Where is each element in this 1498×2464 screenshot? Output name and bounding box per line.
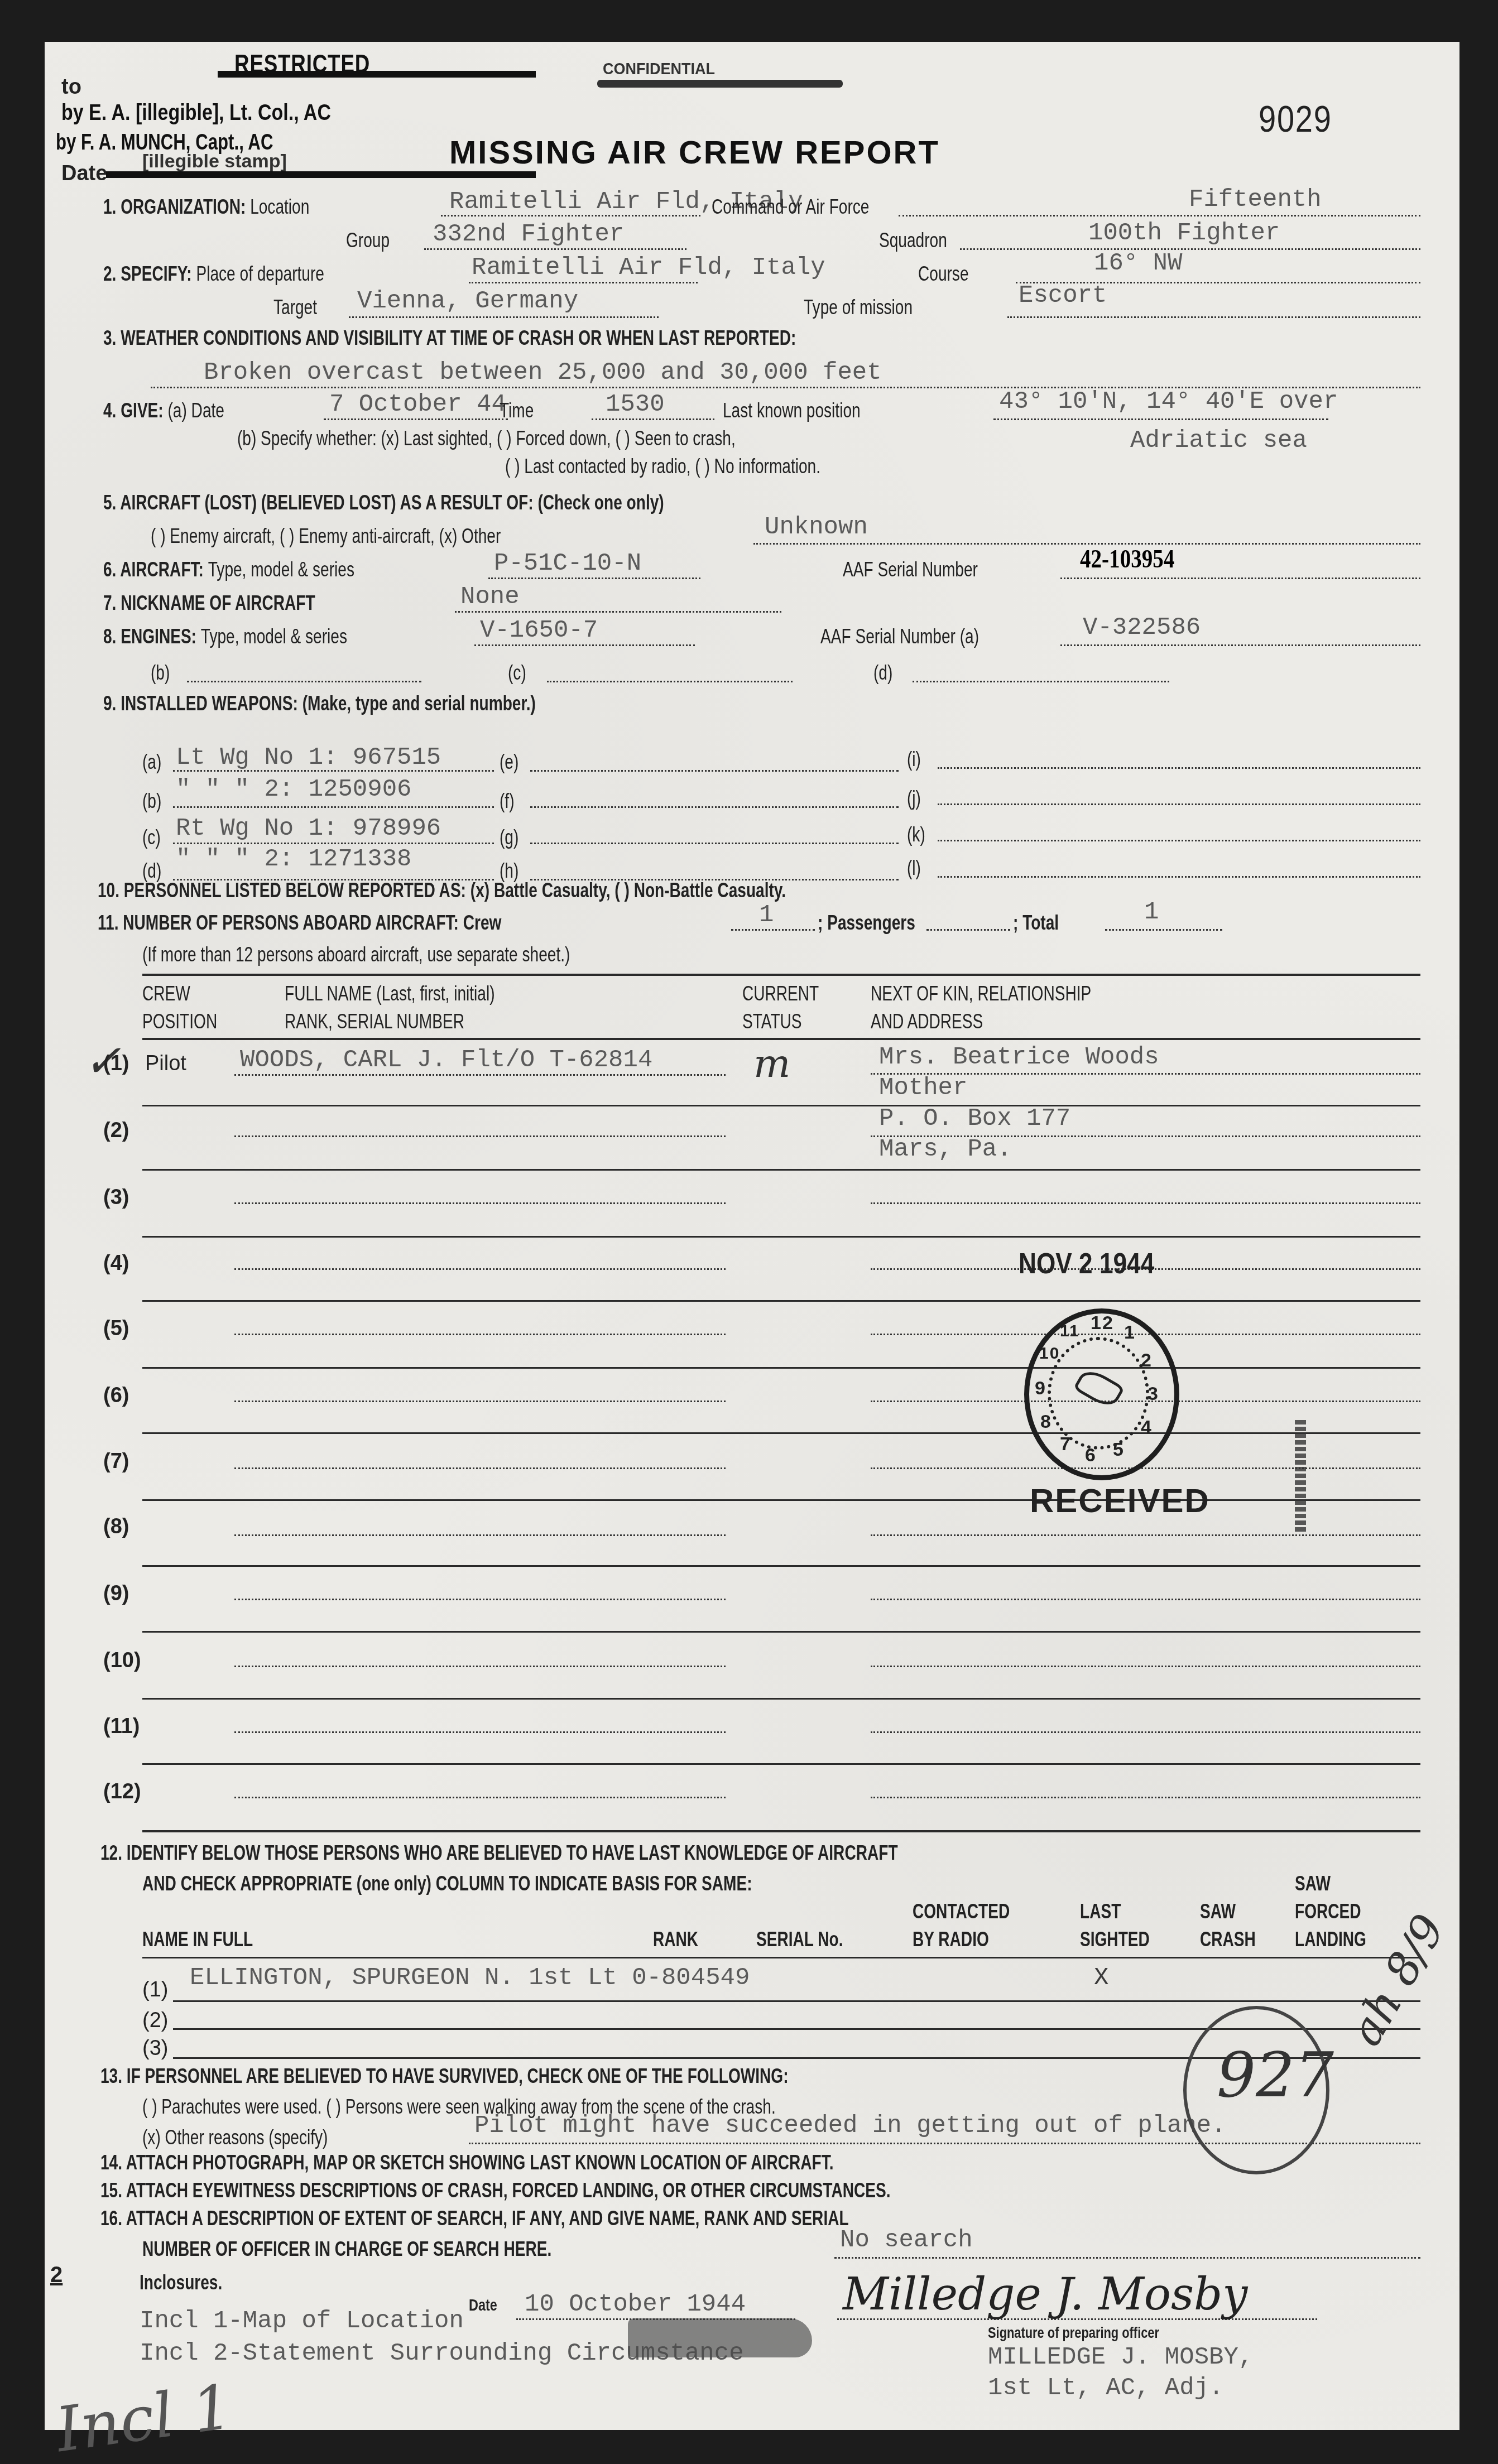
location-line (441, 215, 700, 216)
strike-line (218, 71, 536, 78)
inclosures-count: 2 (50, 2263, 63, 2288)
crew-row-rule (142, 1499, 1420, 1501)
weapon-line-f (530, 806, 899, 808)
witness-last-sighted-mark: X (1094, 1964, 1108, 1992)
weather-value: Broken overcast between 25,000 and 30,00… (204, 359, 882, 387)
specify-label: (b) Specify whether: (x) Last sighted, (… (237, 427, 736, 450)
s8-label: 8. ENGINES: Type, model & series (103, 625, 347, 648)
received-date-stamp: NOV 2 1944 (1019, 1247, 1154, 1281)
group-value: 332nd Fighter (433, 220, 624, 248)
kin-line-4: Mars, Pa. (879, 1135, 1012, 1163)
crew-name-line (234, 1135, 726, 1137)
kin-line-1: Mrs. Beatrice Woods (879, 1043, 1159, 1071)
engine-serial-label: AAF Serial Number (a) (820, 625, 979, 648)
weapon-line-l (938, 876, 1420, 878)
regrade-date-label: Date (61, 162, 107, 186)
weapon-key-e: (e) (500, 750, 518, 774)
s11-note: (If more than 12 persons aboard aircraft… (142, 943, 570, 966)
engine-d-label: (d) (873, 661, 892, 685)
form-title: MISSING AIR CREW REPORT (449, 134, 940, 171)
engine-type-line (474, 644, 695, 646)
squadron-line (960, 248, 1420, 250)
crew-row-num: (10) (103, 1649, 141, 1673)
time-value: 1530 (606, 391, 665, 418)
crew-row-num: (1) (103, 1052, 129, 1076)
clock-9: 9 (1035, 1378, 1046, 1399)
command-value: Fifteenth (1189, 186, 1322, 214)
engine-b-label: (b) (151, 661, 170, 685)
weapon-line-k (938, 840, 1420, 841)
position-continued: Adriatic sea (1130, 427, 1307, 455)
opt-battle-casualty[interactable]: (x) Battle Casualty, (470, 879, 611, 902)
crew-count-line (731, 929, 815, 931)
crew-row-rule (142, 1432, 1420, 1434)
weapon-key-g: (g) (500, 826, 518, 849)
s1-label: 1. ORGANIZATION: Location (103, 195, 309, 219)
hdr-saw-forced-0: SAW (1295, 1872, 1331, 1895)
opt-forced-down[interactable]: ( ) Forced down, (497, 427, 611, 450)
clock-4: 4 (1141, 1417, 1153, 1438)
opt-other-reasons[interactable]: (x) Other reasons (specify) (142, 2126, 328, 2149)
inclosures-label: Inclosures. (140, 2271, 222, 2294)
weapon-line-e (530, 770, 899, 772)
engine-d-line (913, 681, 1169, 682)
squadron-label: Squadron (879, 229, 947, 252)
total-label: ; Total (1013, 911, 1059, 935)
crew-position: Pilot (145, 1052, 186, 1076)
target-value: Vienna, Germany (357, 287, 578, 315)
s15-label: 15. ATTACH EYEWITNESS DESCRIPTIONS OF CR… (100, 2179, 891, 2202)
position-line (993, 418, 1328, 420)
regrade-to-label: to (61, 75, 81, 99)
target-line (349, 316, 659, 318)
s2-label: 2. SPECIFY: Place of departure (103, 262, 324, 286)
hdr-status: STATUS (742, 1010, 802, 1033)
weapon-line-a (173, 770, 494, 772)
aircraft-serial-line (1060, 577, 1420, 579)
crew-row-num: (7) (103, 1450, 129, 1474)
date-line (324, 418, 508, 420)
clock-12: 12 (1091, 1312, 1114, 1334)
kin-line-rule (871, 1534, 1420, 1536)
circled-note: 927 (1217, 2039, 1334, 2111)
weapon-value-d: " " " 2: 1271338 (176, 845, 411, 873)
crew-name-line (234, 1731, 726, 1733)
clock-5: 5 (1113, 1439, 1125, 1461)
s10-label: 10. PERSONNEL LISTED BELOW REPORTED AS: … (98, 879, 786, 902)
date-value: 7 October 44 (329, 391, 506, 418)
crew-name-line (234, 1202, 726, 1204)
report-number: 9029 (1259, 98, 1332, 140)
hdr-next-of-kin: NEXT OF KIN, RELATIONSHIP (871, 982, 1091, 1005)
weapon-line-j (938, 803, 1420, 805)
document-page: RESTRICTED to by E. A. [illegible], Lt. … (45, 42, 1459, 2430)
engine-serial-line (1060, 644, 1420, 646)
crew-count: 1 (759, 901, 774, 929)
aircraft-serial-label: AAF Serial Number (843, 558, 978, 581)
s11-label: 11. NUMBER OF PERSONS ABOARD AIRCRAFT: C… (98, 911, 501, 935)
time-label: Time (500, 399, 534, 422)
received-clock-stamp: 12 1 2 3 4 5 6 7 8 9 10 11 (1024, 1308, 1179, 1480)
s12-label-2: AND CHECK APPROPRIATE (one only) COLUMN … (142, 1872, 752, 1895)
hdr-address: AND ADDRESS (871, 1010, 983, 1033)
departure-line (469, 282, 698, 283)
engine-serial-value: V-322586 (1083, 614, 1201, 642)
s4-label: 4. GIVE: (a) Date (103, 399, 224, 422)
nickname-line (455, 611, 781, 613)
clock-10: 10 (1039, 1344, 1060, 1363)
kin-line-3: P. O. Box 177 (879, 1105, 1070, 1133)
confidential-stamp: CONFIDENTIAL (603, 60, 715, 79)
kin-line-rule (871, 1202, 1420, 1204)
crew-row-num: (4) (103, 1252, 129, 1276)
footer-date-line (516, 2318, 795, 2320)
crew-row-num: (11) (103, 1715, 140, 1739)
officer-name: MILLEDGE J. MOSBY, (988, 2343, 1253, 2371)
mission-value: Escort (1019, 282, 1107, 310)
footer-date-label: Date (469, 2296, 497, 2315)
crew-name-line (234, 1268, 726, 1270)
other-reasons-value: Pilot might have succeeded in getting ou… (474, 2112, 1226, 2140)
kin-line-rule (871, 1666, 1420, 1667)
kin-line-rule (871, 1797, 1420, 1798)
s5-label: 5. AIRCRAFT (LOST) (BELIEVED LOST) AS A … (103, 491, 664, 514)
crew-name-line (234, 1467, 726, 1469)
command-label: Command or Air Force (712, 195, 869, 219)
clock-2: 2 (1141, 1350, 1153, 1371)
table-bottom-rule (142, 1830, 1420, 1832)
confidential-overstamp (628, 2318, 812, 2357)
crew-row-rule (142, 1631, 1420, 1633)
weapon-line-b (173, 806, 494, 808)
weapon-key-j: (j) (907, 787, 921, 810)
opt-other[interactable]: (x) Other (439, 524, 501, 547)
crew-row-num: (3) (103, 1186, 129, 1210)
weapon-line-i (938, 767, 1420, 769)
hdr-fullname: FULL NAME (Last, first, initial) (285, 982, 495, 1005)
aircraft-type-value: P-51C-10-N (494, 550, 641, 577)
crew-row-rule (142, 1105, 1420, 1106)
total-count: 1 (1144, 898, 1159, 926)
hdr-saw: SAW (1200, 1900, 1236, 1923)
s3-label: 3. WEATHER CONDITIONS AND VISIBILITY AT … (103, 326, 796, 350)
clock-1: 1 (1124, 1322, 1136, 1344)
search-line (834, 2257, 1420, 2259)
course-label: Course (918, 262, 969, 286)
regrade-by-line-1: by E. A. [illegible], Lt. Col., AC (61, 100, 331, 126)
clock-8: 8 (1040, 1411, 1052, 1433)
signature-label: Signature of preparing officer (988, 2324, 1159, 2342)
s12-label-1: 12. IDENTIFY BELOW THOSE PERSONS WHO ARE… (100, 1841, 898, 1865)
hdr-position: POSITION (142, 1010, 217, 1033)
received-label: RECEIVED (1030, 1481, 1210, 1520)
kin-line-2: Mother (879, 1074, 967, 1102)
opt-last-radio[interactable]: ( ) Last contacted by radio, (505, 455, 690, 478)
kin-line-rule (871, 1135, 1420, 1137)
s16-label-2: NUMBER OF OFFICER IN CHARGE OF SEARCH HE… (142, 2237, 551, 2261)
regrade-date-value: [illegible stamp] (142, 151, 287, 172)
weapon-key-l: (l) (907, 856, 921, 880)
opt-seen-crash[interactable]: ( ) Seen to crash, (615, 427, 735, 450)
hdr-last: LAST (1080, 1900, 1121, 1923)
witness-row-num: (2) (142, 2009, 168, 2033)
hdr-name-in-full: NAME IN FULL (142, 1928, 253, 1951)
engine-c-line (547, 681, 793, 682)
hdr-crew: CREW (142, 982, 190, 1005)
hdr-contacted: CONTACTED (913, 1900, 1010, 1923)
weapon-key-b: (b) (142, 790, 161, 813)
footer-date-value: 10 October 1944 (525, 2290, 746, 2318)
crew-row-rule (142, 1565, 1420, 1567)
crew-name: WOODS, CARL J. Flt/O T-62814 (240, 1046, 652, 1074)
confidential-underline (597, 80, 843, 88)
clock-6: 6 (1085, 1445, 1097, 1466)
crew-row-num: (6) (103, 1384, 129, 1408)
nickname-value: None (460, 583, 520, 611)
crew-name-line (234, 1334, 726, 1335)
crew-row-num: (8) (103, 1515, 129, 1539)
weapon-key-a: (a) (142, 750, 161, 774)
time-line (592, 418, 714, 420)
weapon-key-k: (k) (907, 823, 925, 846)
crew-row-rule (142, 1300, 1420, 1302)
s5-options: ( ) Enemy aircraft, ( ) Enemy anti-aircr… (151, 524, 501, 548)
aircraft-type-line (488, 577, 700, 579)
weapon-line-g (530, 843, 899, 844)
hdr-landing: LANDING (1295, 1928, 1366, 1951)
crew-row-rule (142, 1367, 1420, 1369)
mission-label: Type of mission (804, 296, 913, 319)
opt-nonbattle-casualty[interactable]: ( ) Non-Battle Casualty. (614, 879, 786, 902)
hdr-crash: CRASH (1200, 1928, 1256, 1951)
squadron-value: 100th Fighter (1088, 219, 1280, 247)
s12-header-rule (142, 1957, 1420, 1958)
specify-label-2: ( ) Last contacted by radio, ( ) No info… (505, 455, 820, 478)
opt-enemy-aa[interactable]: ( ) Enemy anti-aircraft, (280, 524, 435, 547)
other-cause-value: Unknown (765, 513, 868, 541)
witness-name: ELLINGTON, SPURGEON N. 1st Lt 0-804549 (190, 1964, 750, 1992)
crew-name-line (234, 1074, 726, 1076)
hdr-rank: RANK (653, 1928, 698, 1951)
crew-row-rule (142, 1169, 1420, 1171)
weapon-value-a: Lt Wg No 1: 967515 (176, 744, 441, 772)
strike-line (106, 171, 536, 178)
passengers-line (926, 929, 1010, 931)
s6-label: 6. AIRCRAFT: Type, model & series (103, 558, 354, 581)
hdr-forced: FORCED (1295, 1900, 1361, 1923)
crew-row-num: (9) (103, 1582, 129, 1606)
s9-label: 9. INSTALLED WEAPONS: (Make, type and se… (103, 692, 536, 715)
group-line (424, 248, 686, 250)
table-top-rule (142, 974, 1420, 976)
kin-line-rule (871, 1731, 1420, 1733)
weapon-key-c: (c) (142, 826, 161, 849)
crew-row-num: (5) (103, 1317, 129, 1341)
clock-11: 11 (1060, 1322, 1080, 1341)
engine-b-line (187, 681, 421, 682)
weapon-key-f: (f) (500, 790, 515, 813)
mission-line (1007, 316, 1420, 318)
opt-no-info[interactable]: ( ) No information. (695, 455, 820, 478)
total-line (1105, 929, 1222, 931)
hdr-sighted: SIGHTED (1080, 1928, 1150, 1951)
hdr-current: CURRENT (742, 982, 819, 1005)
margin-note: Incl 1 (52, 2371, 237, 2464)
opt-parachutes[interactable]: ( ) Parachutes were used. (142, 2095, 322, 2118)
weapon-value-b: " " " 2: 1250906 (176, 776, 411, 803)
status-mark: m (753, 1041, 790, 1086)
s7-label: 7. NICKNAME OF AIRCRAFT (103, 591, 315, 615)
s14-label: 14. ATTACH PHOTOGRAPH, MAP OR SKETCH SHO… (100, 2151, 834, 2174)
position-value: 43° 10'N, 14° 40'E over (999, 388, 1338, 416)
clock-7: 7 (1060, 1433, 1072, 1455)
s13-label: 13. IF PERSONNEL ARE BELIEVED TO HAVE SU… (100, 2064, 789, 2088)
crew-name-line (234, 1797, 726, 1798)
table-header-rule (142, 1038, 1420, 1040)
kin-line-rule (871, 1599, 1420, 1600)
crew-name-line (234, 1534, 726, 1536)
search-value: No search (840, 2226, 973, 2254)
departure-value: Ramitelli Air Fld, Italy (472, 254, 825, 282)
crew-name-line (234, 1401, 726, 1402)
witness-row-num: (3) (142, 2037, 168, 2061)
officer-rank: 1st Lt, AC, Adj. (988, 2374, 1223, 2402)
crew-row-rule (142, 1698, 1420, 1700)
crew-row-rule (142, 1763, 1420, 1765)
weapon-line-c (173, 843, 494, 844)
hdr-serial-no: SERIAL No. (756, 1928, 843, 1951)
engine-type-value: V-1650-7 (480, 617, 598, 644)
group-label: Group (346, 229, 390, 252)
crew-row-rule (142, 1236, 1420, 1238)
opt-last-sighted[interactable]: (x) Last sighted, (381, 427, 493, 450)
hdr-by-radio: BY RADIO (913, 1928, 989, 1951)
s16-label-1: 16. ATTACH A DESCRIPTION OF EXTENT OF SE… (100, 2207, 849, 2230)
incl-1: Incl 1-Map of Location (140, 2307, 464, 2335)
opt-enemy-aircraft[interactable]: ( ) Enemy aircraft, (151, 524, 275, 547)
target-label: Target (273, 296, 317, 319)
crew-row-num: (2) (103, 1119, 129, 1143)
clock-3: 3 (1147, 1383, 1159, 1405)
position-label: Last known position (723, 399, 861, 422)
crew-row-num: (12) (103, 1780, 141, 1804)
officer-signature: Milledge J. Mosby (843, 2268, 1247, 2320)
weapon-key-i: (i) (907, 748, 921, 771)
kin-line-rule (871, 1467, 1420, 1469)
command-line (899, 215, 1420, 216)
witness-row-rule (173, 2000, 1420, 2002)
engine-c-label: (c) (508, 661, 526, 685)
course-value: 16° NW (1094, 249, 1182, 277)
witness-row-num: (1) (142, 1978, 168, 2002)
vertical-stamp-mark (1295, 1420, 1306, 1532)
passengers-label: ; Passengers (818, 911, 915, 935)
crew-name-line (234, 1666, 726, 1667)
crew-name-line (234, 1599, 726, 1600)
hdr-rank-serial: RANK, SERIAL NUMBER (285, 1010, 464, 1033)
aircraft-serial-value: 42-103954 (1080, 544, 1174, 574)
weapon-value-c: Rt Wg No 1: 978996 (176, 815, 441, 843)
